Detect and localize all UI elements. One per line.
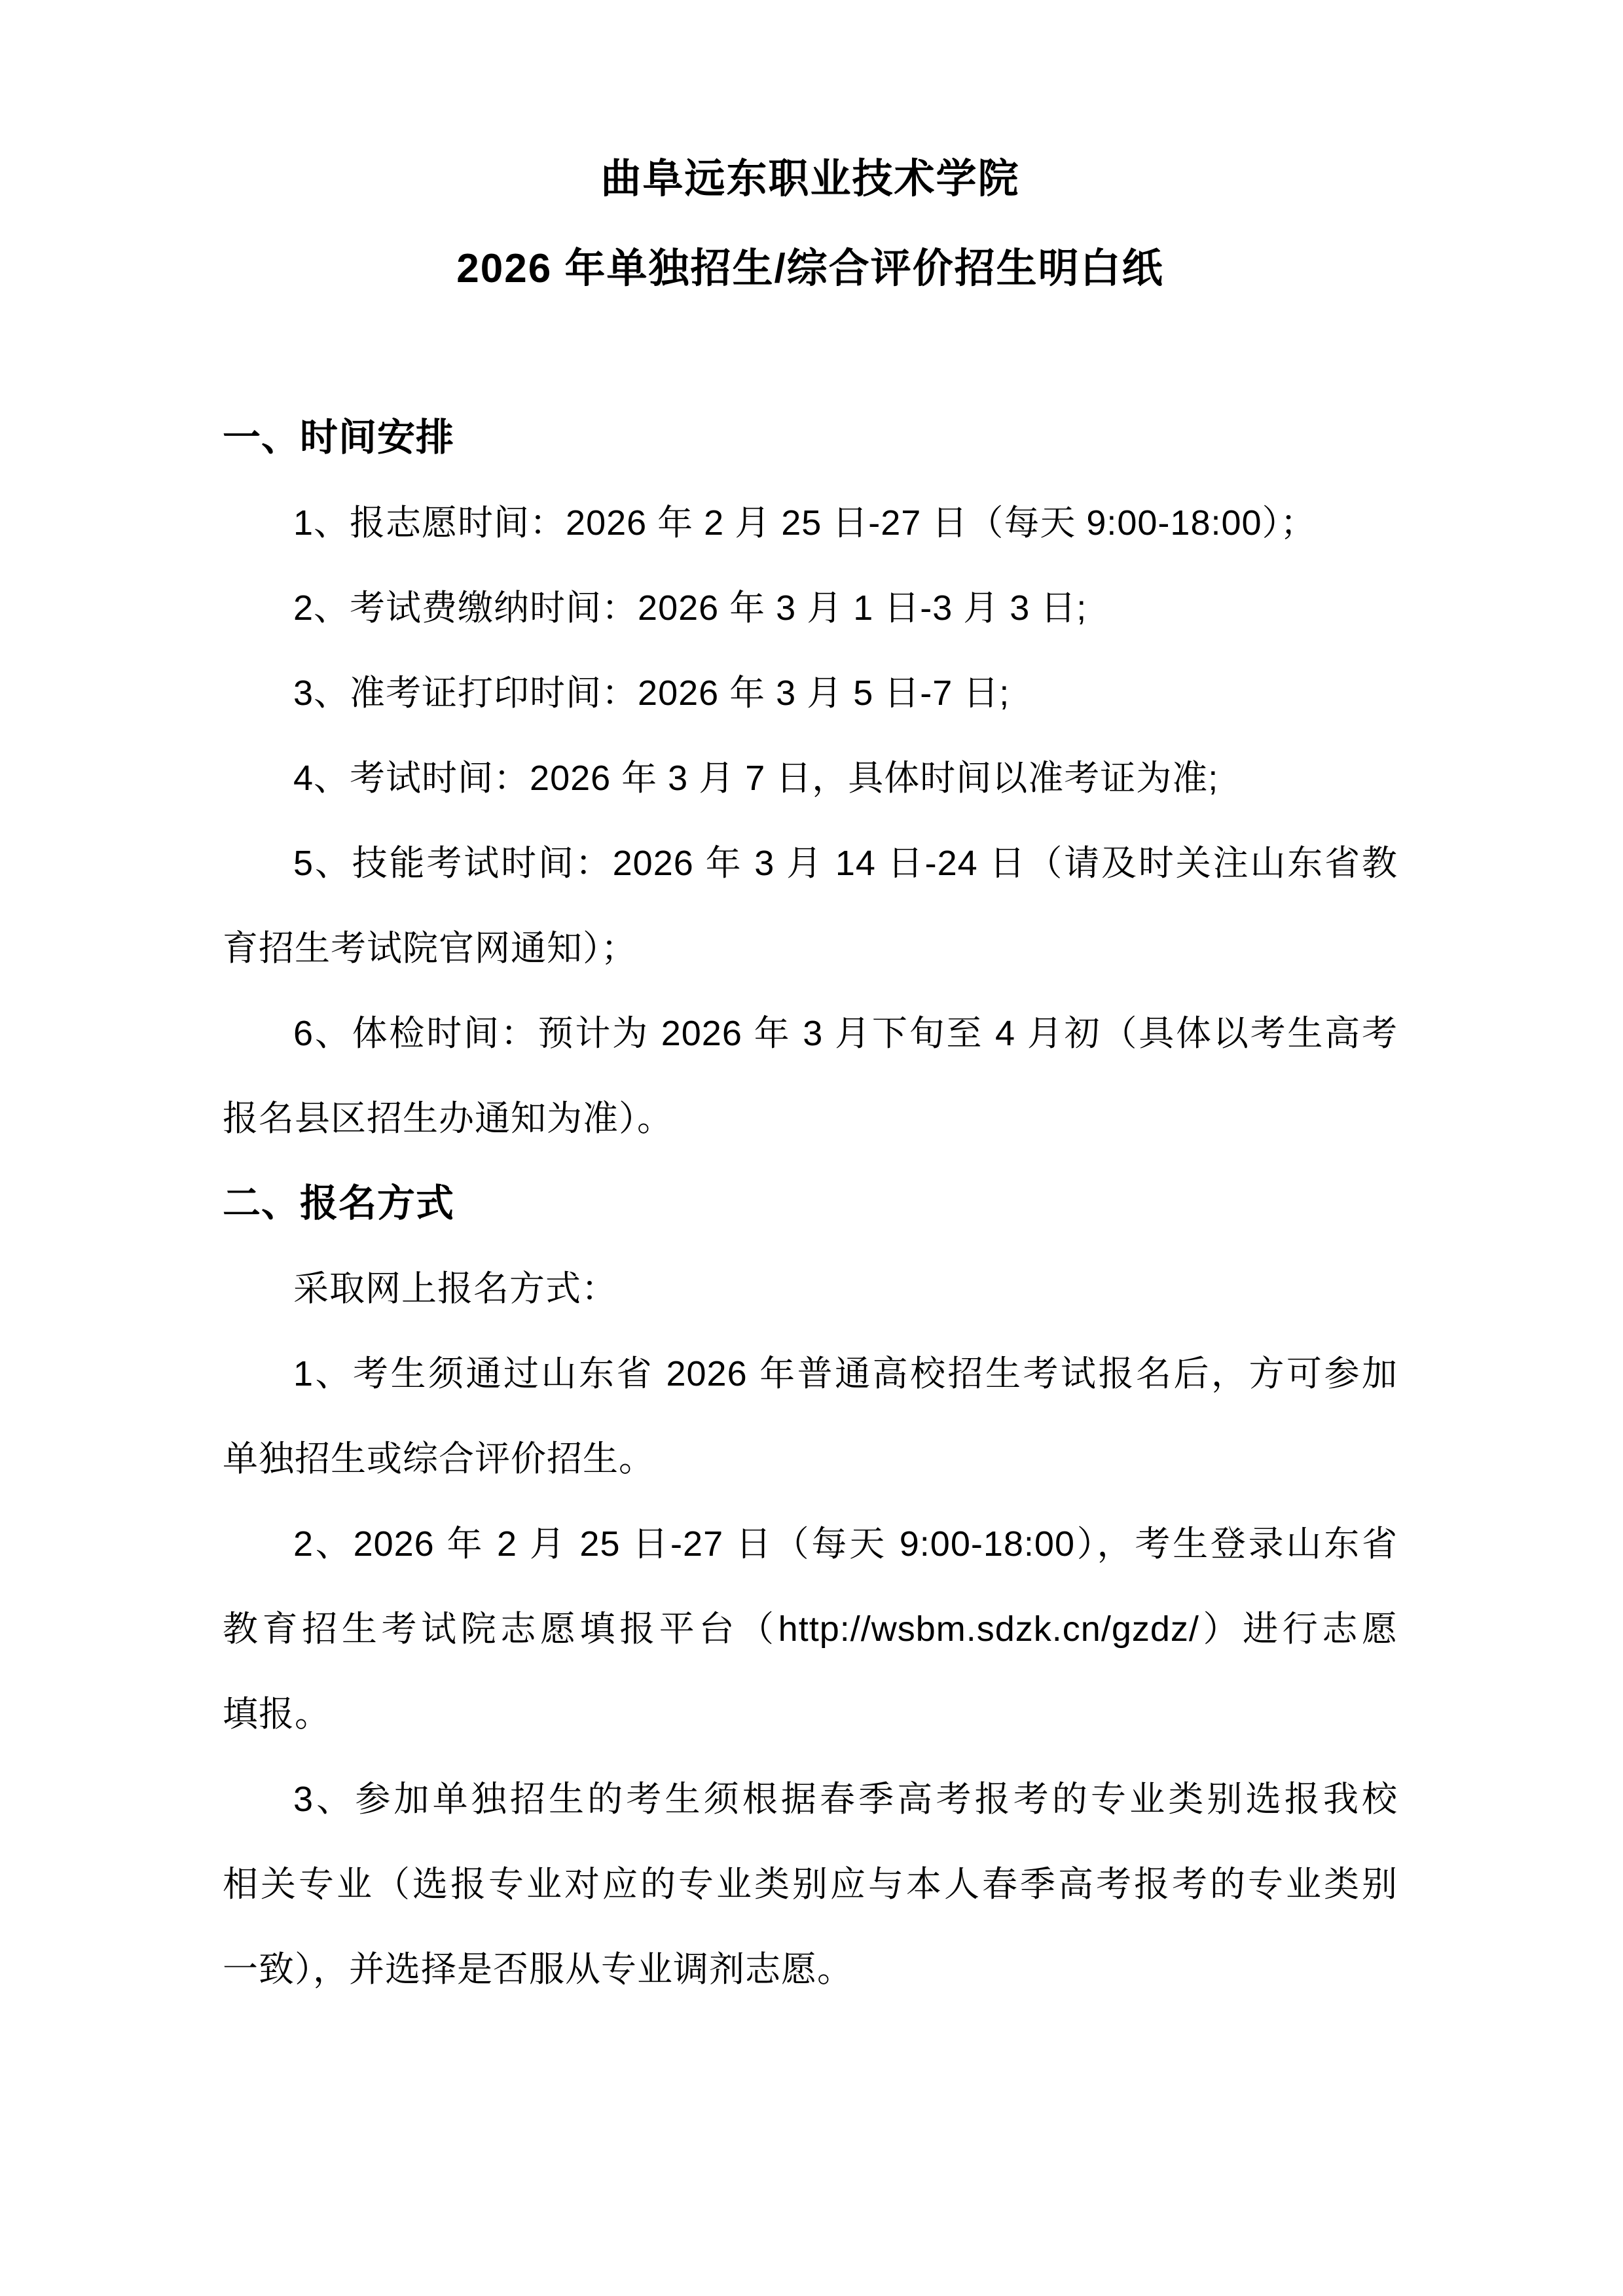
s2-p2-line2: 单独招生或综合评价招生。 bbox=[223, 1416, 1398, 1501]
s1-p2-line1: 2、考试费缴纳时间：2026 年 3 月 1 日-3 月 3 日; bbox=[223, 565, 1398, 651]
s1-p5-line2: 育招生考试院官网通知）； bbox=[223, 906, 1398, 991]
s2-p4-line1: 3、参加单独招生的考生须根据春季高考报考的专业类别选报我校 bbox=[223, 1757, 1398, 1842]
s2-p1-line1: 采取网上报名方式： bbox=[223, 1246, 1398, 1331]
s2-p3-line3: 填报。 bbox=[223, 1672, 1398, 1757]
s2-p2-line1: 1、考生须通过山东省 2026 年普通高校招生考试报名后，方可参加 bbox=[223, 1331, 1398, 1416]
section-heading-time-schedule: 一、时间安排 bbox=[223, 395, 1398, 480]
s2-p3-line1: 2、2026 年 2 月 25 日-27 日（每天 9:00-18:00），考生… bbox=[223, 1501, 1398, 1587]
s1-p5-line1: 5、技能考试时间：2026 年 3 月 14 日-24 日（请及时关注山东省教 bbox=[223, 821, 1398, 906]
s2-p4-line3: 一致），并选择是否服从专业调剂志愿。 bbox=[223, 1927, 1398, 2012]
s1-p1-line1: 1、报志愿时间：2026 年 2 月 25 日-27 日（每天 9:00-18:… bbox=[223, 480, 1398, 565]
s1-p3-line1: 3、准考证打印时间：2026 年 3 月 5 日-7 日; bbox=[223, 651, 1398, 736]
s2-p3-line2: 教育招生考试院志愿填报平台（http://wsbm.sdzk.cn/gzdz/）… bbox=[223, 1587, 1398, 1672]
document-subtitle: 2026 年单独招生/综合评价招生明白纸 bbox=[223, 224, 1398, 314]
s1-p4-line1: 4、考试时间：2026 年 3 月 7 日，具体时间以准考证为准; bbox=[223, 736, 1398, 821]
s1-p6-line1: 6、体检时间：预计为 2026 年 3 月下旬至 4 月初（具体以考生高考 bbox=[223, 991, 1398, 1076]
s1-p6-line2: 报名县区招生办通知为准）。 bbox=[223, 1076, 1398, 1161]
document-page: 曲阜远东职业技术学院 2026 年单独招生/综合评价招生明白纸 一、时间安排 1… bbox=[0, 0, 1623, 2296]
section-heading-registration-method: 二、报名方式 bbox=[223, 1161, 1398, 1246]
s2-p4-line2: 相关专业（选报专业对应的专业类别应与本人春季高考报考的专业类别 bbox=[223, 1842, 1398, 1927]
document-title: 曲阜远东职业技术学院 bbox=[223, 134, 1398, 224]
